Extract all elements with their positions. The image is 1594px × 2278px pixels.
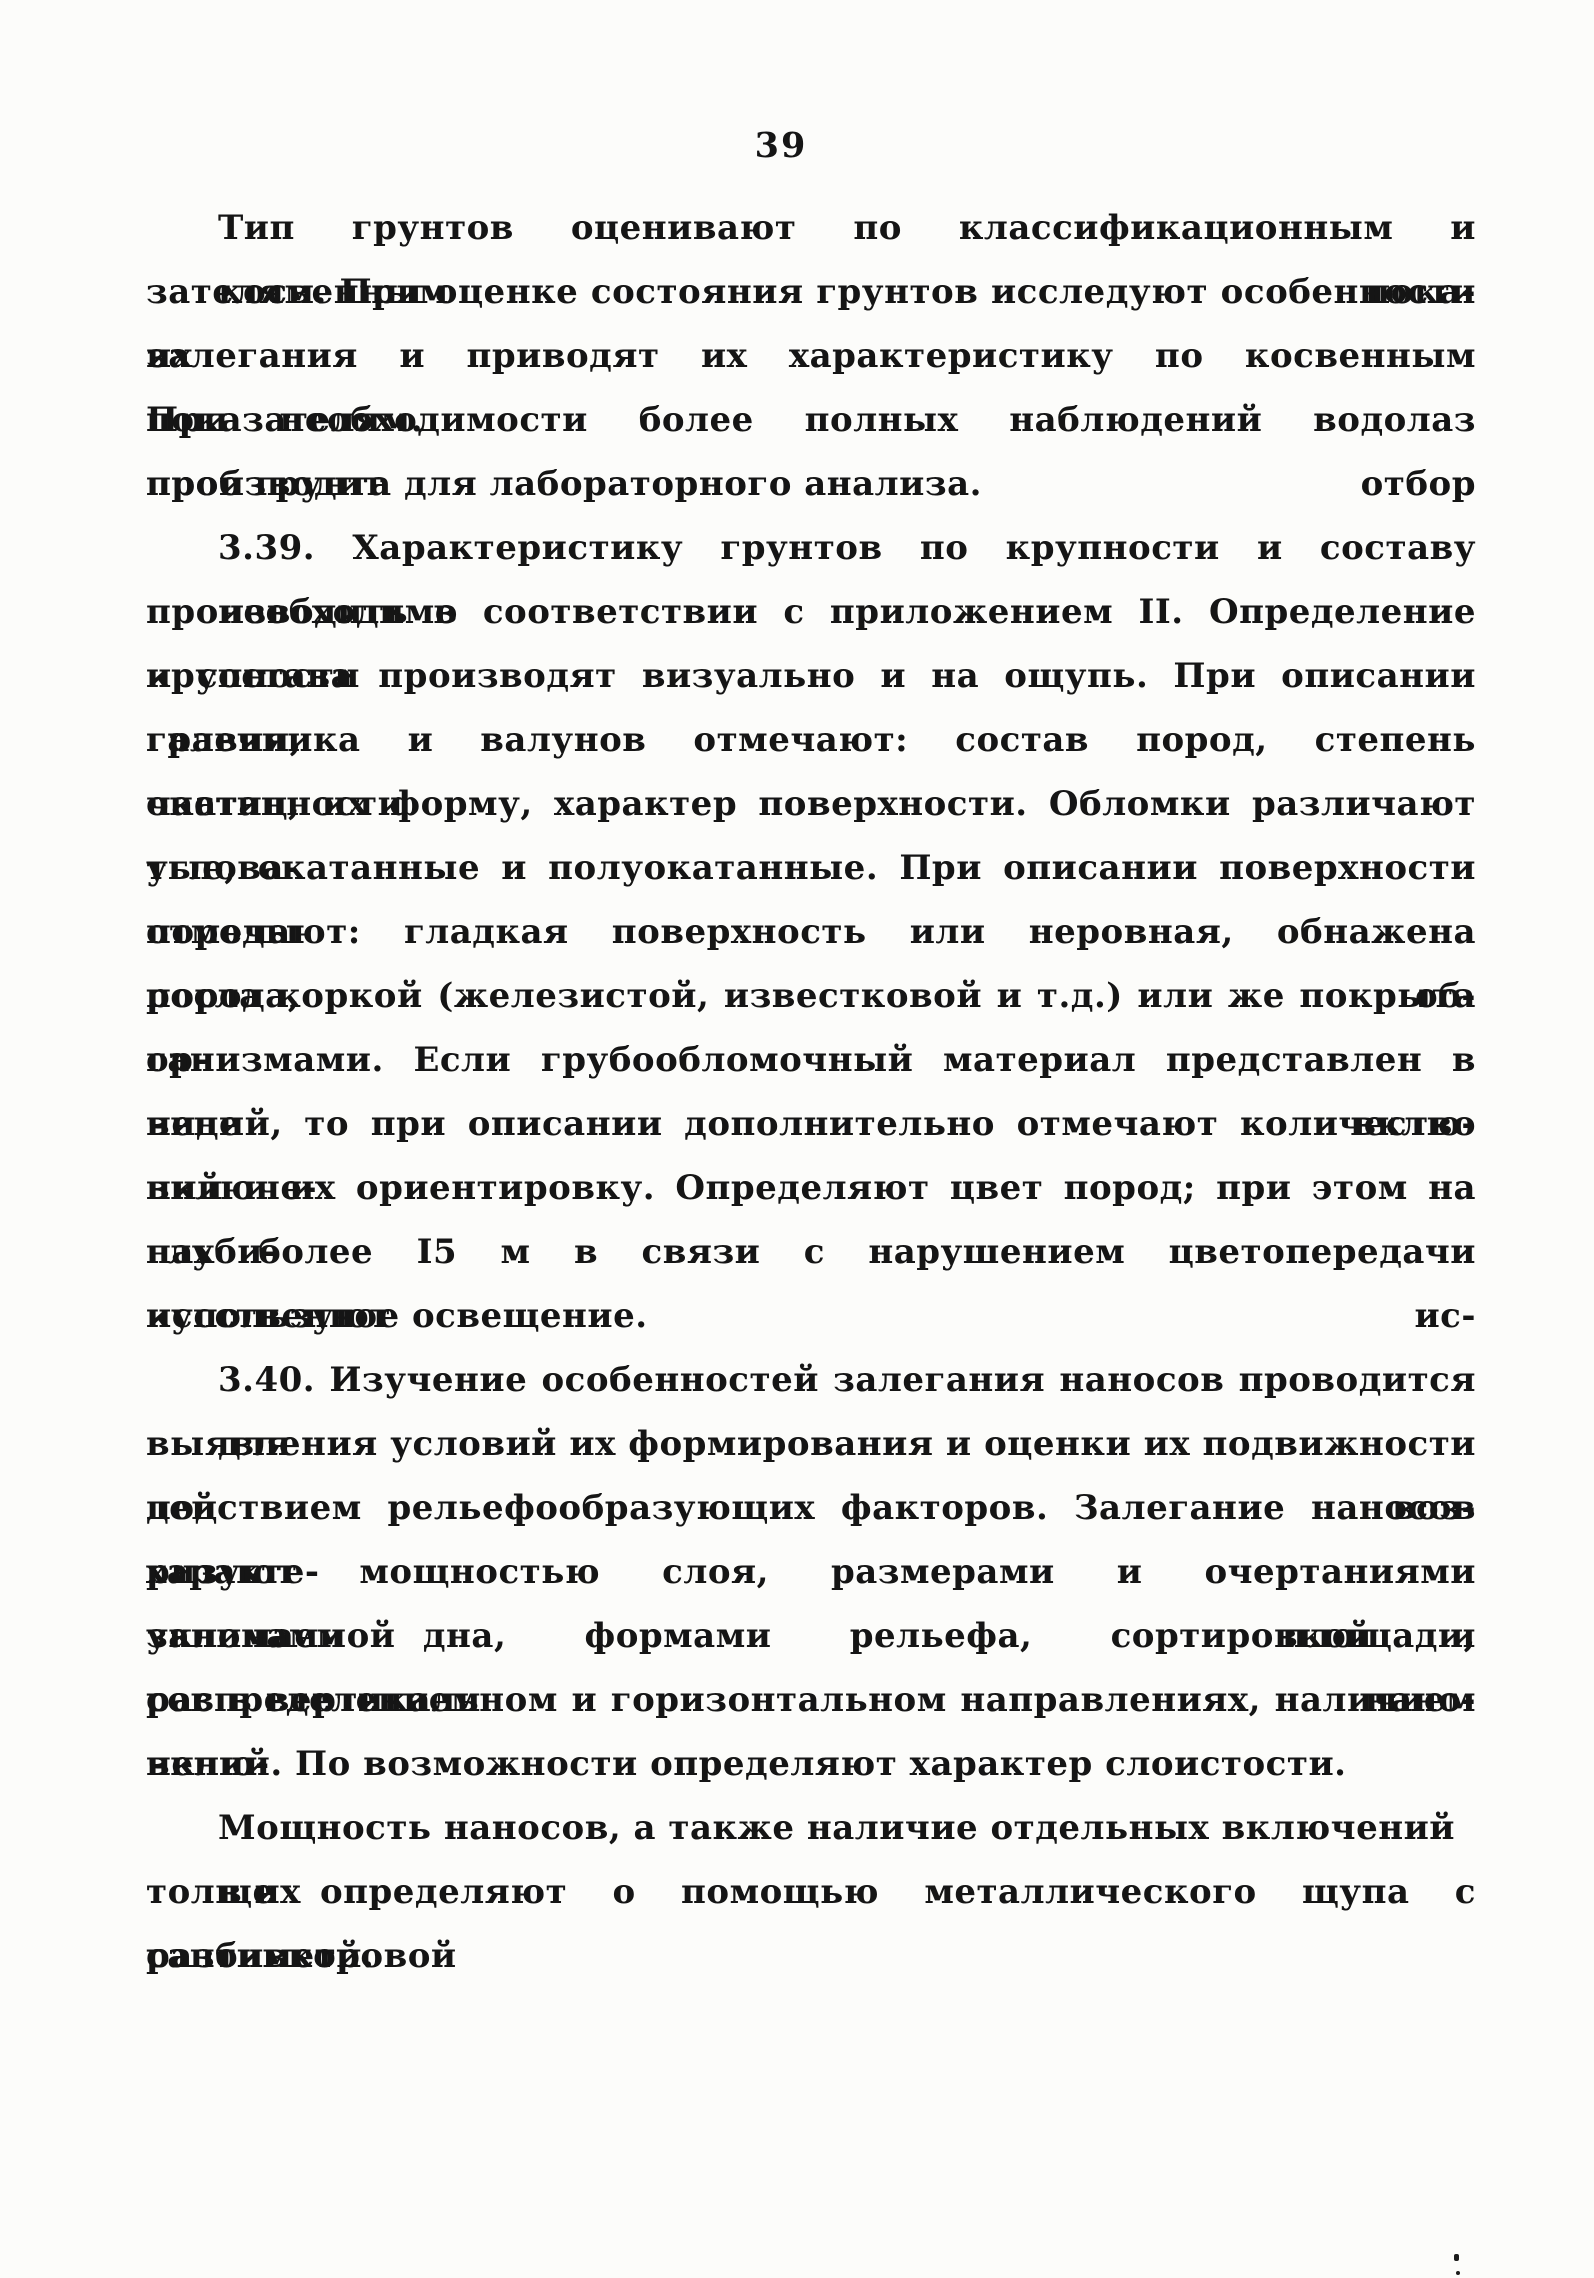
text-line: толще определяют о помощью металлическог… [146,1860,1476,1924]
document-body: Тип грунтов оценивают по классификационн… [146,196,1476,1988]
text-line: ганизмами. Если грубообломочный материал… [146,1028,1476,1092]
text-line: ний и их ориентировку. Определяют цвет п… [146,1156,1476,1220]
text-line: нах более I5 м в связи с нарушением цвет… [146,1220,1476,1284]
text-line: зателям. При оценке состояния грунтов ис… [146,260,1476,324]
text-line: 3.39. Характеристику грунтов по крупност… [146,516,1476,580]
text-line: галечника и валунов отмечают: состав пор… [146,708,1476,772]
text-line: уклонами дна, формами рельефа, сортировк… [146,1604,1476,1668]
text-line: ризуют мощностью слоя, размерами и очерт… [146,1540,1476,1604]
text-line: Мощность наносов, а также наличие отдель… [146,1796,1476,1860]
text-line: При необходимости более полных наблюдени… [146,388,1476,452]
text-line: разбивкой. [146,1924,1476,1988]
text-line: Тип грунтов оценивают по классификационн… [146,196,1476,260]
scan-speck [1454,2254,1459,2261]
text-line: залегания и приводят их характеристику п… [146,324,1476,388]
text-line: действием рельефообразующих факторов. За… [146,1476,1476,1540]
text-line: чений. По возможности определяют характе… [146,1732,1476,1796]
scan-speck [1456,2271,1460,2275]
text-line: чений, то при описании дополнительно отм… [146,1092,1476,1156]
text-line: отмечают: гладкая поверхность или неровн… [146,900,1476,964]
text-line: тые, окатанные и полуокатанные. При опис… [146,836,1476,900]
paragraph: 3.40. Изучение особенностей залегания на… [146,1348,1476,1796]
scanned-document-page: 39 Тип грунтов оценивают по классификаци… [0,0,1594,2278]
text-line: и состава производят визуально и на ощуп… [146,644,1476,708]
text-line: 3.40. Изучение особенностей залегания на… [146,1348,1476,1412]
text-line: частиц, их форму, характер поверхности. … [146,772,1476,836]
paragraph: 3.39. Характеристику грунтов по крупност… [146,516,1476,1348]
text-line: росла коркой (железистой, известковой и … [146,964,1476,1028]
paragraph: Тип грунтов оценивают по классификационн… [146,196,1476,516]
paragraph: Мощность наносов, а также наличие отдель… [146,1796,1476,1988]
text-line: выявления условий их формирования и оцен… [146,1412,1476,1476]
text-line: сов в вертикальном и горизонтальном напр… [146,1668,1476,1732]
page-number: 39 [0,128,1562,163]
text-line: производить в соответствии с приложением… [146,580,1476,644]
